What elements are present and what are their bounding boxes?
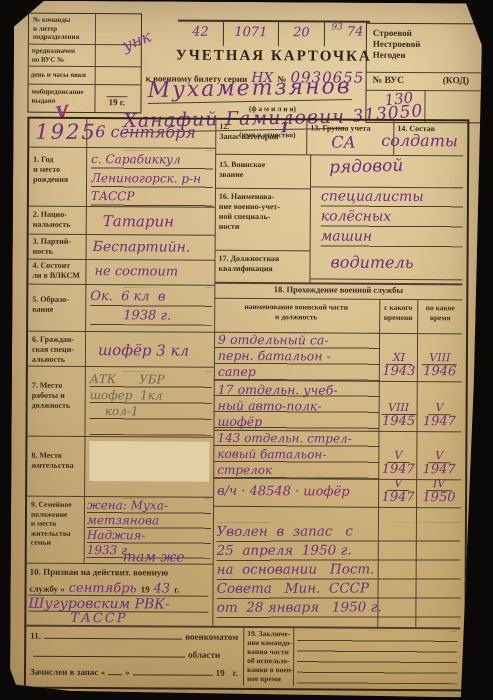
field-reserve-label: 12. Запас категории bbox=[219, 122, 278, 142]
field-mil-spec-label: 16. Наименова- ние военно-учет- ной спец… bbox=[219, 192, 280, 232]
field-education-label: 5. Образо- вание bbox=[32, 295, 69, 315]
field-11-number: 11. bbox=[30, 631, 41, 641]
service-col-to: по какое время bbox=[418, 303, 462, 323]
field-group-value: СА bbox=[331, 133, 355, 152]
enlisted-reserve-line: Зачислен в запас « » 19 г. bbox=[30, 667, 238, 678]
quote-close: » bbox=[125, 667, 130, 677]
field-reserve-value: I bbox=[281, 120, 288, 136]
drafted-year-value: 43 bbox=[154, 581, 171, 596]
serial-cell-1: 42 bbox=[178, 22, 224, 46]
serial-cell-2: 1071 bbox=[224, 22, 279, 46]
service-from-year: 1947 bbox=[382, 491, 415, 505]
mob-row-vus: предназначен по ВУС № bbox=[32, 47, 75, 64]
conclusion-blank-lines bbox=[297, 630, 457, 684]
field-family-value-2: там же bbox=[123, 549, 185, 565]
oblast-word: области bbox=[188, 650, 220, 660]
field-civil-spec-label: 6. Граждан- ская специ- альность bbox=[32, 335, 74, 365]
service-to-year: 1950 bbox=[422, 491, 455, 505]
main-grid: 1925 6 сентября 1. Год и место рождения … bbox=[24, 117, 469, 692]
field-birth-value: с. Сарабиккул Лениногорск. р-н ТАССР bbox=[91, 150, 213, 207]
field-nationality-label: 2. Нацио- нальность bbox=[33, 210, 71, 230]
service-unit: 143 отдельн. стрел- ковый батальон- стре… bbox=[213, 430, 380, 479]
service-col-from: с какого времени bbox=[380, 303, 416, 323]
discharge-note: Уволен в запас с 25 апреля 1950 г. на ос… bbox=[216, 522, 460, 625]
drafted-region-value: ТАССР bbox=[70, 611, 127, 626]
serial-superscript: 93 bbox=[331, 23, 343, 33]
field-family-label: 9. Семейное положение и место жительства… bbox=[31, 500, 72, 548]
fitness-box: Строевой Нестроевой Негоден № ВУС (КОД) … bbox=[365, 23, 488, 124]
service-to-year: 1947 bbox=[423, 463, 456, 477]
vus-label: № ВУС bbox=[373, 76, 404, 86]
drafted-line-2: службу « сентябрь 19 43 г. bbox=[29, 579, 179, 598]
mob-row-time: день и часы явки bbox=[31, 71, 86, 79]
drafted-by-value: Шугуровским РВК- bbox=[28, 596, 169, 613]
field-party-label: 3. Партий- ность bbox=[33, 237, 72, 257]
voenkomat-word: военкоматом bbox=[185, 632, 238, 642]
service-unit: в/ч · 48548 · шофёр bbox=[213, 478, 380, 507]
service-row: 143 отдельн. стрел- ковый батальон- стре… bbox=[213, 430, 461, 481]
service-from-year: 1947 bbox=[382, 463, 415, 477]
serial-cell-3: 20 bbox=[279, 22, 325, 46]
enlisted-year: 19 bbox=[216, 668, 225, 678]
card-form: № команды и литер подразделения предназн… bbox=[24, 7, 468, 692]
service-row: в/ч · 48548 · шофёр V1947 IV1950 bbox=[213, 478, 461, 509]
field-nationality-value: Татарин bbox=[103, 212, 174, 230]
enlisted-year-suffix: г. bbox=[233, 668, 238, 678]
service-from-year: 1945 bbox=[382, 415, 415, 429]
mob-year-blank: 19 г. bbox=[106, 96, 127, 107]
vus-code-label: (КОД) bbox=[443, 76, 469, 86]
field-rank-value: рядовой bbox=[329, 156, 404, 178]
service-unit: 9 отдельный са- перн. батальон - сапер bbox=[214, 332, 381, 381]
service-col-unit: наименование воинской части и должность bbox=[216, 302, 376, 323]
voenkomat-line-1: 11. военкоматом bbox=[30, 631, 238, 642]
field-qualification-value: водитель bbox=[330, 253, 413, 273]
drafted-word-service: службу « bbox=[30, 584, 65, 594]
field-mil-spec-value: специалисты колёсных машин bbox=[321, 186, 463, 247]
voenkomat-line-2: области bbox=[30, 649, 220, 660]
drafted-year-prefix: 19 bbox=[141, 584, 150, 594]
field-civil-spec-value: шофёр 3 кл bbox=[98, 341, 189, 360]
serial-cell-4: 74 bbox=[347, 25, 364, 40]
service-row: 17 отдельн. учеб- ный авто-полк- шофёр V… bbox=[213, 380, 461, 433]
residence-blank-patch bbox=[89, 441, 209, 482]
field-education-value: Ок. 6 кл в 1938 г. bbox=[90, 287, 212, 326]
drafted-year-suffix: г. bbox=[174, 585, 179, 595]
surname-value: Мухаметзянов bbox=[147, 74, 352, 104]
field-rank-label: 15. Воинское звание bbox=[219, 160, 265, 180]
service-table-title: 18. Прохождение военной службы bbox=[214, 284, 462, 296]
drafted-month-value: сентябрь bbox=[69, 581, 137, 596]
field-group-label: 13. Группа учета bbox=[310, 123, 370, 132]
service-to-year: 1947 bbox=[423, 415, 456, 429]
field-workplace-value: АТК УБР шофер 1кл кол-1 bbox=[89, 371, 211, 436]
service-unit: 17 отдельн. учеб- ный авто-полк- шофёр bbox=[214, 380, 381, 431]
service-to-year: 1946 bbox=[423, 365, 456, 379]
birth-year-value: 1925 bbox=[35, 120, 97, 144]
field-qualification-label: 17. Должностная квалификация bbox=[218, 254, 279, 274]
mobilization-box: № команды и литер подразделения предназн… bbox=[27, 13, 142, 114]
field-category-value: солдаты bbox=[381, 131, 458, 150]
drafted-line-1: 10. Призван на действит. военную bbox=[30, 567, 169, 578]
field-birth-label: 1. Год и место рождения bbox=[33, 155, 68, 185]
serial-strip: 42 1071 20 93 74 bbox=[178, 20, 370, 47]
conclusion-label: 19. Заключе- ние командо- вания части об… bbox=[247, 629, 294, 683]
field-residence-label: 8. Место жительства bbox=[31, 451, 74, 471]
field-party-value: Беспартийн. bbox=[93, 239, 191, 256]
service-row: 9 отдельный са- перн. батальон - сапер X… bbox=[214, 332, 462, 383]
registration-card-paper: № команды и литер подразделения предназн… bbox=[10, 1, 482, 698]
fitness-options: Строевой Нестроевой Негоден bbox=[373, 28, 421, 61]
service-from-year: 1943 bbox=[382, 365, 415, 379]
field-komsomol-label: 4. Состоит ли в ВЛКСМ bbox=[32, 261, 79, 281]
field-komsomol-value: не состоит bbox=[94, 264, 178, 280]
enlisted-label: Зачислен в запас « bbox=[30, 667, 105, 677]
field-workplace-label: 7. Место работы и должность bbox=[32, 381, 71, 411]
mob-row-command: № команды и литер подразделения bbox=[33, 16, 80, 42]
birth-date-value: 6 сентября bbox=[95, 122, 196, 142]
